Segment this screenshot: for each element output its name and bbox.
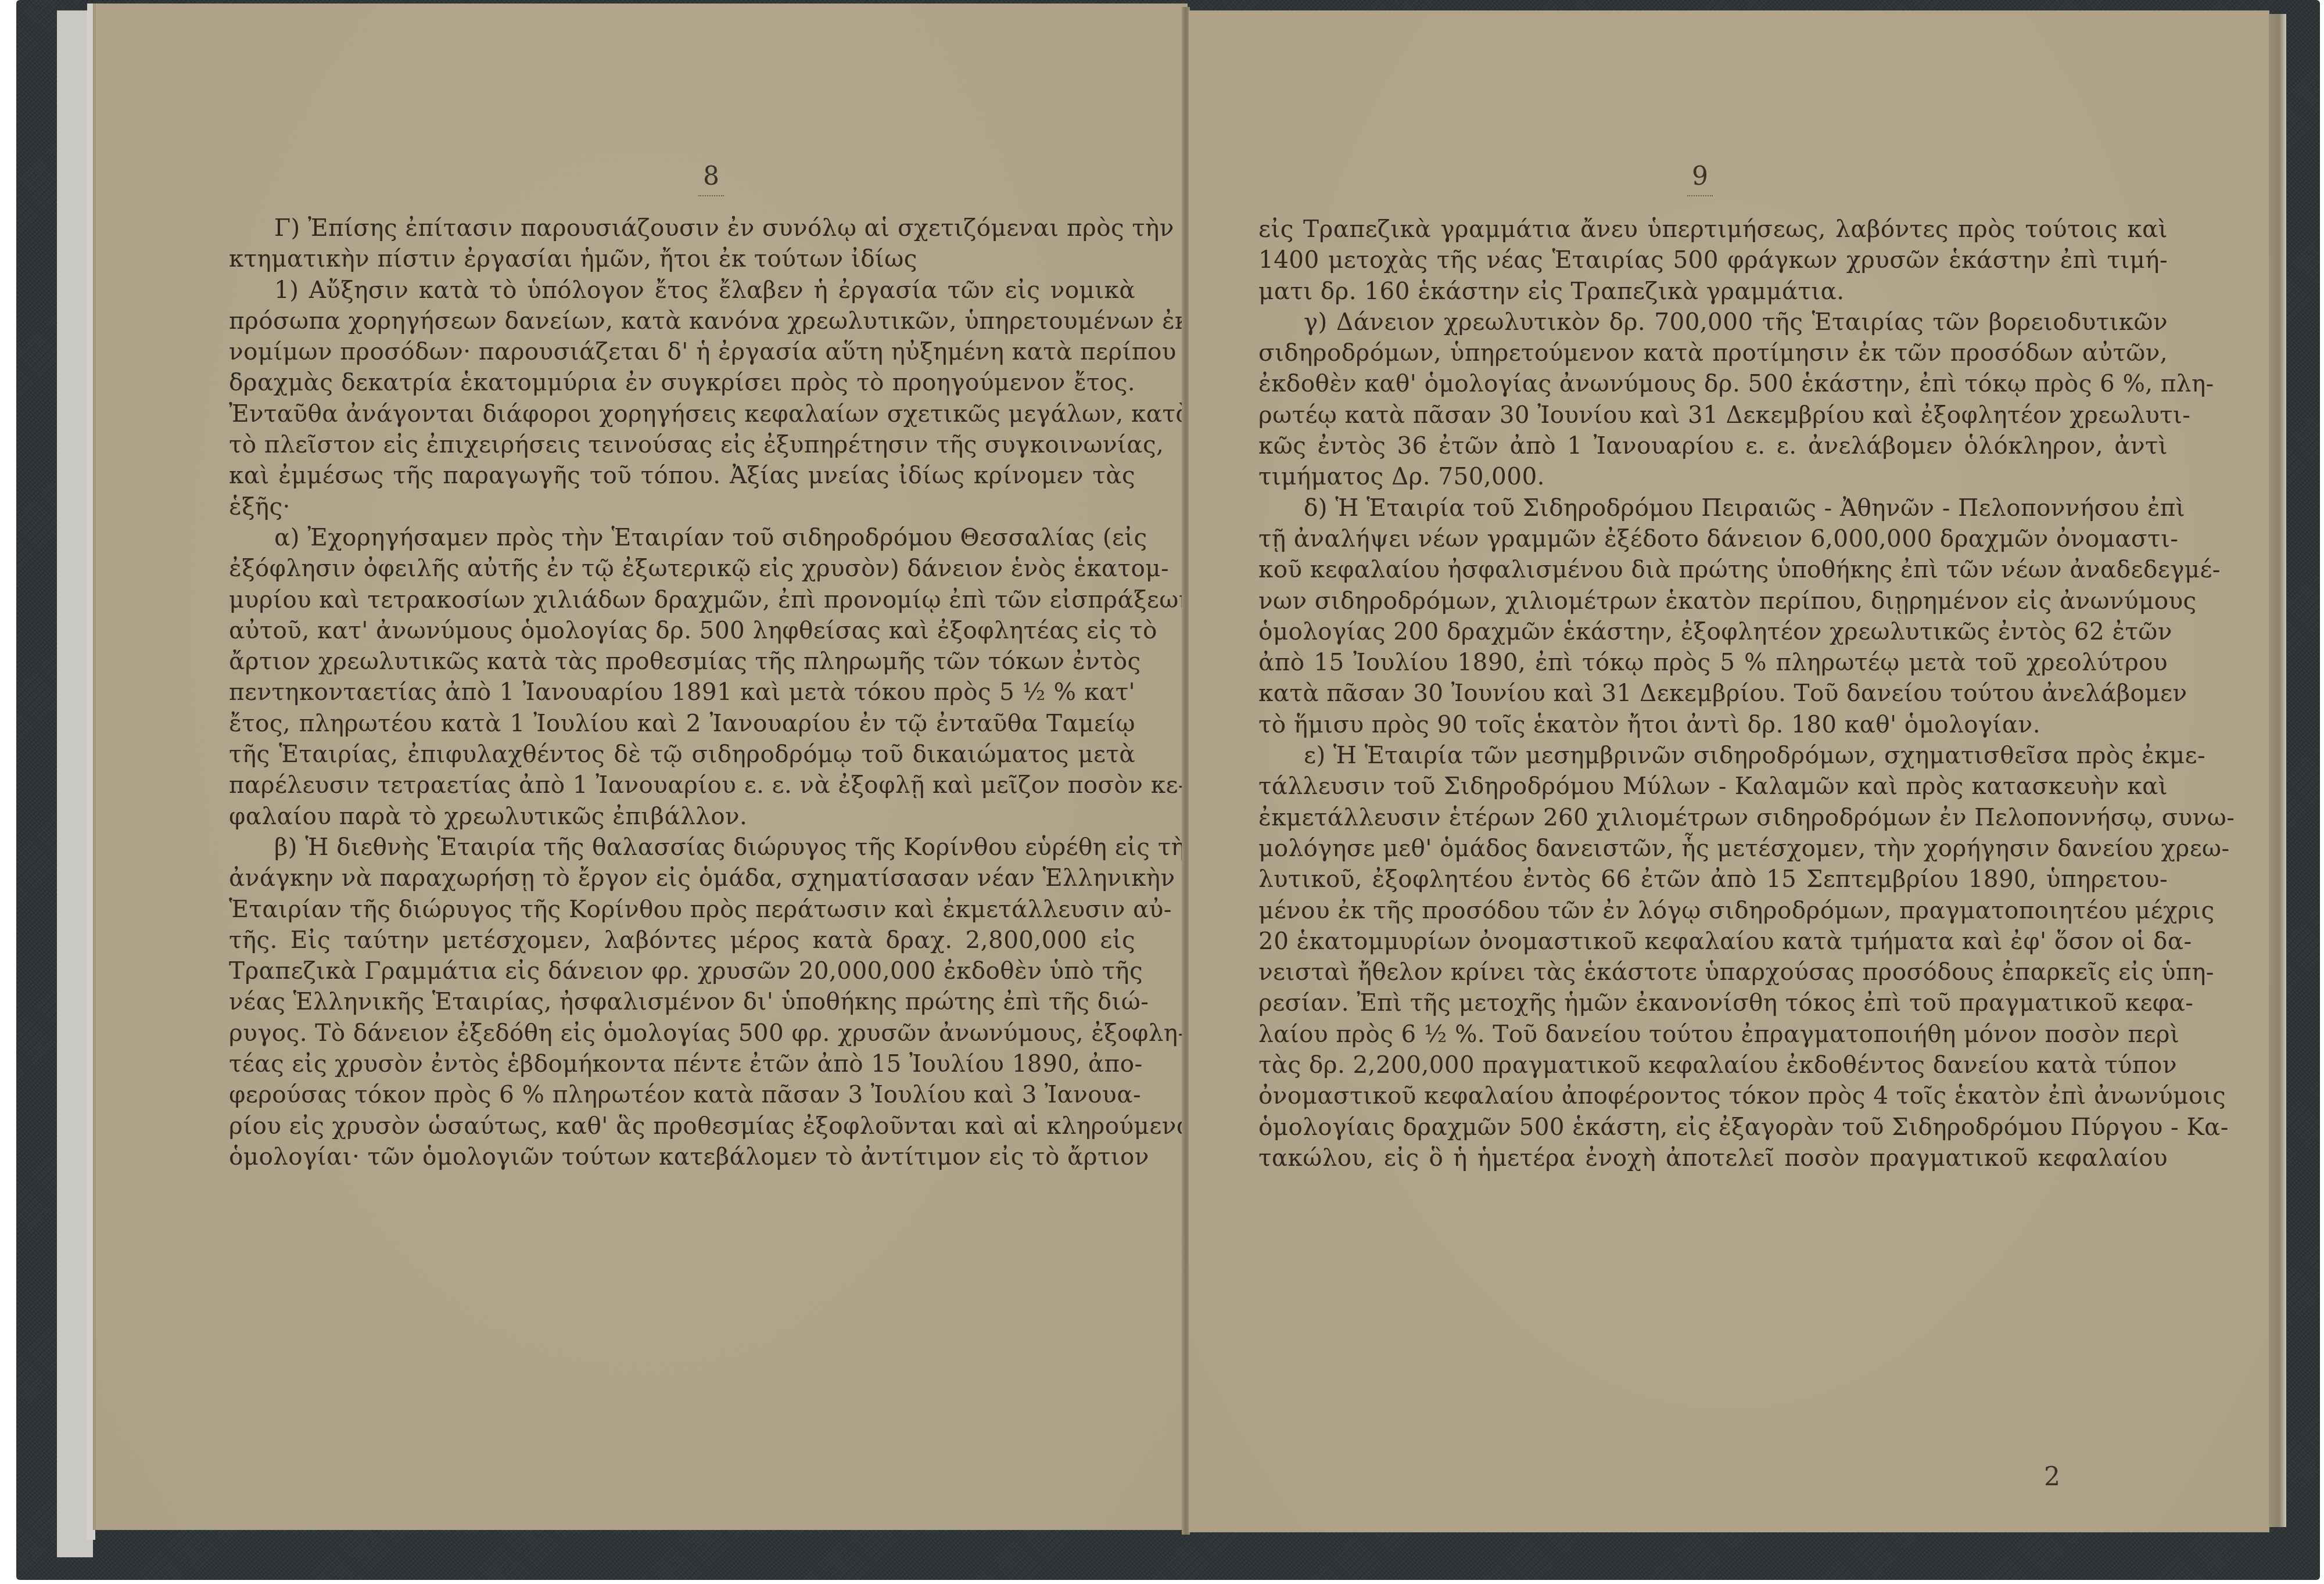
text-line: β) Ἡ διεθνὴς Ἑταιρία τῆς θαλασσίας διώρυ… — [229, 832, 1135, 863]
text-line: φαλαίου παρὰ τὸ χρεωλυτικῶς ἐπιβάλλον. — [229, 801, 1135, 832]
text-line: Γ) Ἐπίσης ἐπίτασιν παρουσιάζουσιν ἐν συν… — [229, 213, 1135, 243]
text-line: νομίμων προσόδων· παρουσιάζεται δ' ἡ ἐργ… — [229, 336, 1135, 367]
text-line: γ) Δάνειον χρεωλυτικὸν δρ. 700,000 τῆς Ἑ… — [1258, 307, 2168, 337]
text-line: ρυγος. Τὸ δάνειον ἐξεδόθη εἰς ὁμολογίας … — [229, 1018, 1135, 1048]
text-line: ρίου εἰς χρυσὸν ὡσαύτως, καθ' ἃς προθεσμ… — [229, 1111, 1135, 1141]
text-line: τακώλου, εἰς ὃ ἡ ἡμετέρα ἐνοχὴ ἀποτελεῖ … — [1258, 1143, 2168, 1173]
text-line: Ἑταιρίαν τῆς διώρυγος τῆς Κορίνθου πρὸς … — [229, 894, 1135, 925]
page-number-rule — [698, 195, 724, 196]
text-line: τὸ ἥμισυ πρὸς 90 τοῖς ἑκατὸν ἤτοι ἀντὶ δ… — [1258, 709, 2168, 740]
text-line: ἀπὸ 15 Ἰουλίου 1890, ἐπὶ τόκῳ πρὸς 5 % π… — [1258, 647, 2168, 678]
text-line: 1) Αὔξησιν κατὰ τὸ ὑπόλογον ἔτος ἔλαβεν … — [229, 275, 1135, 306]
text-line: τῆς. Εἰς ταύτην μετέσχομεν, λαβόντες μέρ… — [229, 925, 1135, 956]
page-body-text: Γ) Ἐπίσης ἐπίτασιν παρουσιάζουσιν ἐν συν… — [229, 213, 1135, 1172]
text-line: εἰς Τραπεζικὰ γραμμάτια ἄνευ ὑπερτιμήσεω… — [1258, 214, 2168, 245]
text-line: τὰς δρ. 2,200,000 πραγματικοῦ κεφαλαίου … — [1258, 1050, 2168, 1080]
text-line: Τραπεζικὰ Γραμμάτια εἰς δάνειον φρ. χρυσ… — [229, 956, 1135, 986]
text-line: παρέλευσιν τετραετίας ἀπὸ 1 Ἰανουαρίου ε… — [229, 770, 1135, 800]
text-line: ὀνομαστικοῦ κεφαλαίου ἀποφέροντος τόκον … — [1258, 1080, 2168, 1111]
text-line: ἐκμετάλλευσιν ἑτέρων 260 χιλιομέτρων σιδ… — [1258, 802, 2168, 833]
text-line: σιδηροδρόμων, ὑπηρετούμενον κατὰ προτίμη… — [1258, 337, 2168, 368]
text-line: κοῦ κεφαλαίου ἠσφαλισμένου διὰ πρώτης ὑπ… — [1258, 554, 2168, 585]
text-line: νέας Ἑλληνικῆς Ἑταιρίας, ἠσφαλισμένον δι… — [229, 986, 1135, 1017]
text-line: τῆς Ἑταιρίας, ἐπιφυλαχθέντος δὲ τῷ σιδηρ… — [229, 739, 1135, 770]
page-number: 9 — [1665, 161, 1735, 191]
text-line: μυρίου καὶ τετρακοσίων χιλιάδων δραχμῶν,… — [229, 584, 1135, 615]
text-line: δ) Ἡ Ἑταιρία τοῦ Σιδηροδρόμου Πειραιῶς -… — [1258, 493, 2168, 523]
text-line: τὸ πλεῖστον εἰς ἐπιχειρήσεις τεινούσας ε… — [229, 429, 1135, 460]
signature-mark: 2 — [2044, 1462, 2060, 1492]
text-line: ματι δρ. 160 ἑκάστην εἰς Τραπεζικὰ γραμμ… — [1258, 276, 2168, 307]
text-line: ἀνάγκην νὰ παραχωρήσῃ τὸ ἔργον εἰς ὁμάδα… — [229, 863, 1135, 893]
text-line: ὁμολογίαις δραχμῶν 500 ἑκάστη, εἰς ἐξαγο… — [1258, 1112, 2168, 1143]
text-line: κτηματικὴν πίστιν ἐργασίαι ἡμῶν, ἤτοι ἐκ… — [229, 243, 1135, 274]
right-page: 9 εἰς Τραπεζικὰ γραμμάτια ἄνευ ὑπερτιμήσ… — [1189, 10, 2269, 1532]
text-line: ε) Ἡ Ἑταιρία τῶν μεσημβρινῶν σιδηροδρόμω… — [1258, 740, 2168, 771]
page-number-rule — [1687, 195, 1713, 196]
text-line: μένου ἐκ τῆς προσόδου τῶν ἐν λόγῳ σιδηρο… — [1258, 895, 2168, 926]
text-line: τῇ ἀναλήψει νέων γραμμῶν ἐξέδοτο δάνειον… — [1258, 523, 2168, 554]
text-line: νων σιδηροδρόμων, χιλιομέτρων ἑκατὸν περ… — [1258, 586, 2168, 616]
text-line: ἑξῆς· — [229, 491, 1135, 522]
text-line: τάλλευσιν τοῦ Σιδηροδρόμου Μύλων - Καλαμ… — [1258, 771, 2168, 802]
text-line: ρωτέῳ κατὰ πᾶσαν 30 Ἰουνίου καὶ 31 Δεκεμ… — [1258, 400, 2168, 430]
text-line: αὐτοῦ, κατ' ἀνωνύμους ὁμολογίας δρ. 500 … — [229, 615, 1135, 646]
text-line: λυτικοῦ, ἐξοφλητέου ἐντὸς 66 ἐτῶν ἀπὸ 15… — [1258, 864, 2168, 895]
text-line: δραχμὰς δεκατρία ἑκατομμύρια ἐν συγκρίσε… — [229, 367, 1135, 398]
page-number: 8 — [676, 161, 746, 191]
text-line: ἐκδοθὲν καθ' ὁμολογίας ἀνωνύμους δρ. 500… — [1258, 368, 2168, 399]
text-line: 1400 μετοχὰς τῆς νέας Ἑταιρίας 500 φράγκ… — [1258, 245, 2168, 275]
text-line: μολόγησε μεθ' ὁμάδος δανειστῶν, ἧς μετέσ… — [1258, 833, 2168, 864]
page-fore-edge — [2269, 14, 2286, 1527]
text-line: α) Ἐχορηγήσαμεν πρὸς τὴν Ἑταιρίαν τοῦ σι… — [229, 522, 1135, 553]
text-line: λαίου πρὸς 6 ½ %. Τοῦ δανείου τούτου ἐπρ… — [1258, 1019, 2168, 1050]
text-line: καὶ ἐμμέσως τῆς παραγωγῆς τοῦ τόπου. Ἀξί… — [229, 460, 1135, 491]
text-line: ὁμολογίαι· τῶν ὁμολογιῶν τούτων κατεβάλο… — [229, 1141, 1135, 1172]
text-line: ἄρτιον χρεωλυτικῶς κατὰ τὰς προθεσμίας τ… — [229, 646, 1135, 677]
text-line: φερούσας τόκον πρὸς 6 % πληρωτέον κατὰ π… — [229, 1079, 1135, 1110]
text-line: κατὰ πᾶσαν 30 Ἰουνίου καὶ 31 Δεκεμβρίου.… — [1258, 678, 2168, 709]
text-line: τέας εἰς χρυσὸν ἐντὸς ἑβδομήκοντα πέντε … — [229, 1048, 1135, 1079]
page-body-text: εἰς Τραπεζικὰ γραμμάτια ἄνευ ὑπερτιμήσεω… — [1258, 214, 2168, 1173]
text-line: ἔτος, πληρωτέου κατὰ 1 Ἰουλίου καὶ 2 Ἰαν… — [229, 708, 1135, 739]
text-line: ρεσίαν. Ἐπὶ τῆς μετοχῆς ἡμῶν ἐκανονίσθη … — [1258, 987, 2168, 1018]
text-line: πρόσωπα χορηγήσεων δανείων, κατὰ κανόνα … — [229, 306, 1135, 336]
text-line: τιμήματος Δρ. 750,000. — [1258, 461, 2168, 492]
text-line: Ἐνταῦθα ἀνάγονται διάφοροι χορηγήσεις κε… — [229, 398, 1135, 429]
left-page: 8 Γ) Ἐπίσης ἐπίτασιν παρουσιάζουσιν ἐν σ… — [93, 3, 1188, 1530]
text-line: 20 ἑκατομμυρίων ὀνομαστικοῦ κεφαλαίου κα… — [1258, 926, 2168, 957]
text-line: πεντηκονταετίας ἀπὸ 1 Ἰανουαρίου 1891 κα… — [229, 677, 1135, 707]
text-line: ὁμολογίας 200 δραχμῶν ἑκάστην, ἐξοφλητέο… — [1258, 616, 2168, 647]
text-line: ἐξόφλησιν ὀφειλῆς αὐτῆς ἐν τῷ ἐξωτερικῷ … — [229, 553, 1135, 584]
text-line: κῶς ἐντὸς 36 ἐτῶν ἀπὸ 1 Ἰανουαρίου ε. ε.… — [1258, 430, 2168, 461]
text-line: νεισταὶ ἤθελον κρίνει τὰς ἑκάστοτε ὑπαρχ… — [1258, 957, 2168, 987]
